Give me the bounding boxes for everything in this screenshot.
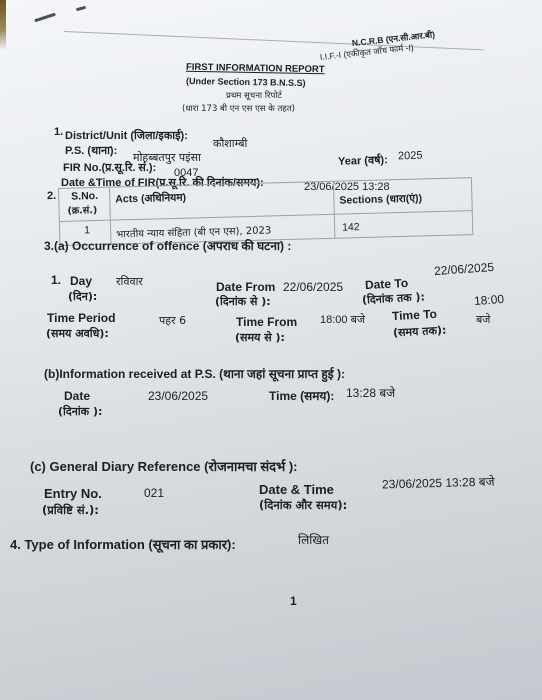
section-3b-heading: (b)Information received at P.S. (थाना जह…	[44, 365, 345, 382]
time-from-label: Time From	[236, 315, 297, 329]
received-date-value: 23/06/2025	[148, 389, 208, 403]
year-value: 2025	[398, 150, 423, 163]
date-from-label: Date From	[216, 280, 275, 294]
received-time-value: 13:28 बजे	[346, 384, 395, 401]
received-date-label: Date	[64, 389, 90, 403]
header-acts: Acts (अधिनियम)	[115, 191, 186, 207]
date-to-value: 22/06/2025	[434, 260, 495, 278]
time-to-label-hi: (समय तक):	[393, 323, 447, 341]
received-time-label: Time (समय):	[269, 387, 334, 404]
time-period-label: Time Period	[47, 311, 115, 325]
diary-datetime-label: Date & Time	[259, 482, 334, 497]
page-number: 1	[290, 594, 297, 608]
acts-sections-table: S.No. (क्र.सं.) Acts (अधिनियम) Sections …	[58, 177, 473, 246]
time-period-label-hi: (समय अवधि):	[46, 326, 109, 341]
entry-no-label-hi: (प्रविष्टि सं.):	[42, 503, 99, 518]
time-to-label: Time To	[392, 307, 438, 323]
report-title: FIRST INFORMATION REPORT	[186, 62, 325, 75]
diary-datetime-label-hi: (दिनांक और समय):	[259, 498, 347, 513]
date-from-value: 22/06/2025	[283, 280, 343, 294]
time-from-value: 18:00 बजे	[320, 312, 365, 327]
district-value: कौशाम्बी	[213, 136, 247, 151]
section-3c-heading: (c) General Diary Reference (रोजनामचा सं…	[30, 457, 297, 475]
date-from-label-hi: (दिनांक से ):	[215, 294, 271, 309]
report-title-hi: प्रथम सूचना रिपोर्ट	[226, 90, 282, 101]
ps-label: P.S. (थाना):	[65, 143, 117, 158]
day-label-hi: (दिन):	[68, 289, 97, 304]
section-2-number: 2.	[47, 190, 56, 202]
received-date-label-hi: (दिनांक ):	[58, 404, 102, 419]
header-sno-hi: (क्र.सं.)	[67, 203, 97, 217]
year-label: Year (वर्ष):	[338, 152, 388, 169]
section-4-heading: 4. Type of Information (सूचना का प्रकार)…	[10, 535, 236, 553]
diary-datetime-value: 23/06/2025 13:28 बजे	[382, 473, 495, 493]
entry-no-value: 021	[144, 486, 164, 500]
report-subtitle-en: (Under Section 173 B.N.S.S)	[186, 76, 306, 88]
time-period-value: पहर 6	[159, 313, 186, 328]
report-subtitle-hi: (धारा 173 बी एन एस एस के तहत)	[182, 103, 295, 114]
district-label: District/Unit (जिला/इकाई):	[65, 128, 188, 143]
section-3a-heading: 3.(a) Occurrence of offence (अपराध की घट…	[44, 237, 291, 254]
information-type-value: लिखित	[298, 531, 329, 548]
fir-no-label: FIR No.(प्र.सू.रि. सं.):	[63, 160, 156, 175]
section-1-number: 1.	[54, 126, 63, 138]
time-from-label-hi: (समय से ):	[235, 330, 285, 345]
day-number: 1.	[51, 273, 61, 287]
day-label: Day	[70, 274, 92, 288]
header-sections: Sections (धारा(एं))	[339, 191, 422, 207]
row-sno: 1	[84, 224, 90, 236]
header-sno: S.No.	[71, 190, 98, 203]
fir-document: N.C.R.B (एन.सी.आर.बी) I.I.F.-I (एकीकृत ज…	[0, 0, 542, 700]
time-to-suffix: बजे	[476, 312, 490, 327]
date-to-label-hi: (दिनांक तक ):	[362, 289, 426, 307]
time-to-value: 18:00	[474, 292, 505, 308]
entry-no-label: Entry No.	[44, 486, 102, 501]
row-section: 142	[342, 221, 360, 233]
day-value: रविवार	[116, 274, 143, 289]
